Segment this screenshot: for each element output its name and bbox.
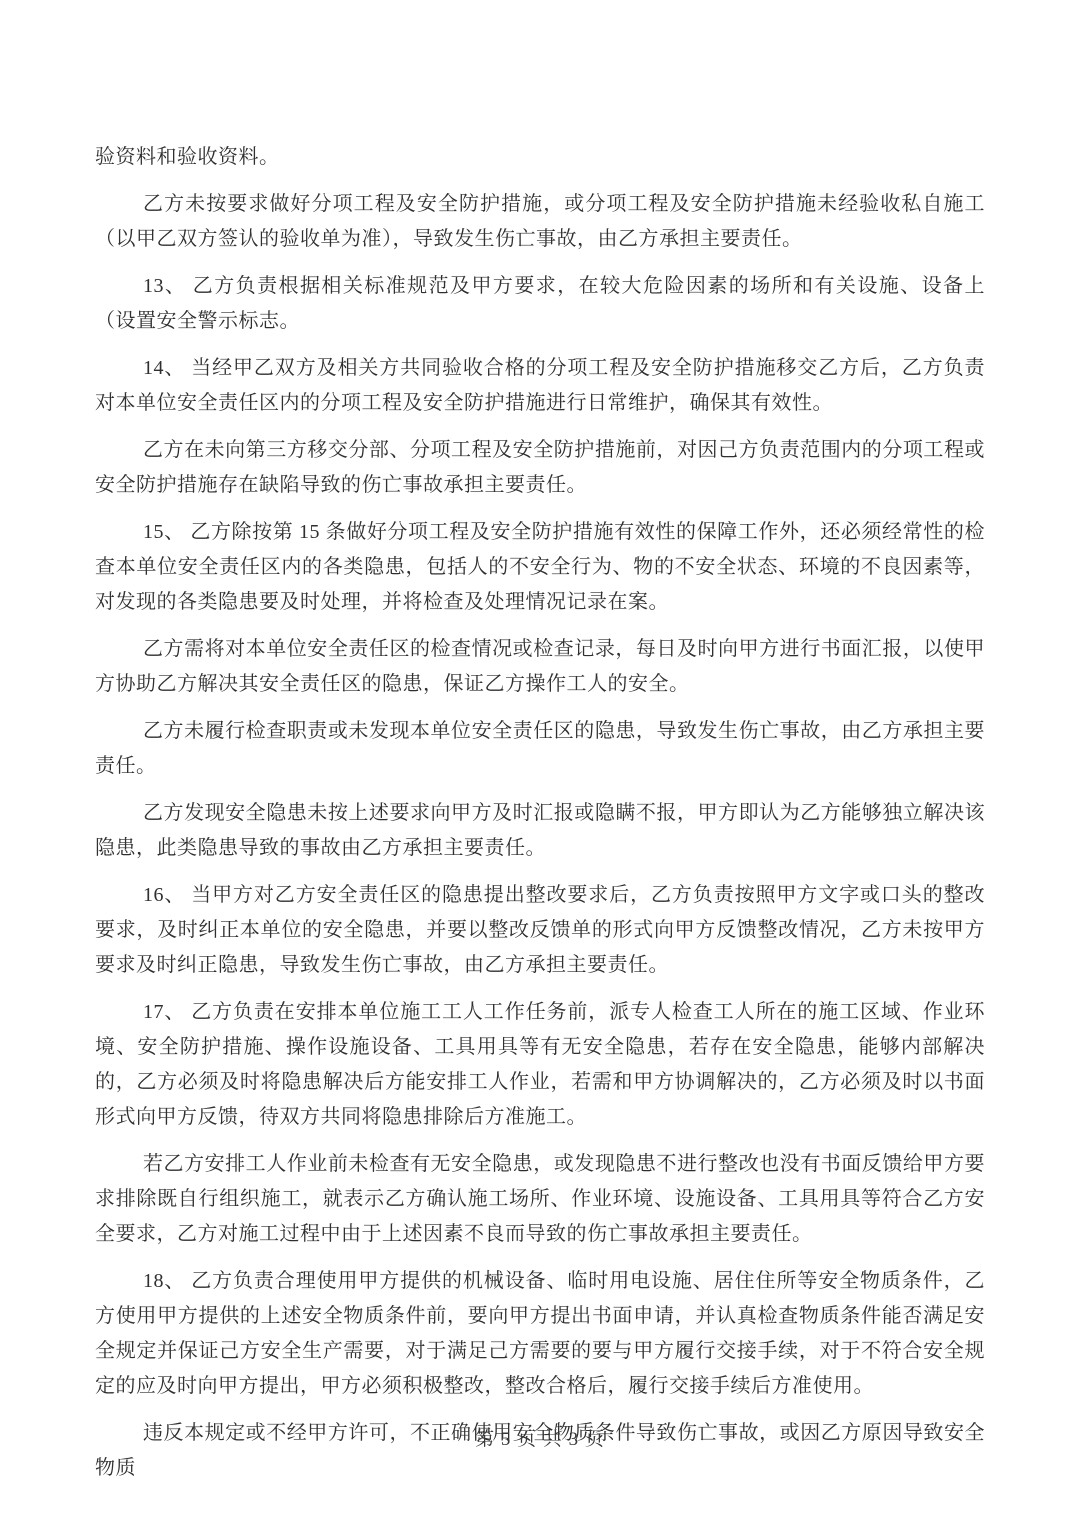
paragraph: 验资料和验收资料。: [95, 140, 985, 175]
paragraph-clause-15: 15、 乙方除按第 15 条做好分项工程及安全防护措施有效性的保障工作外，还必须…: [95, 515, 985, 620]
paragraph-clause-14: 14、 当经甲乙双方及相关方共同验收合格的分项工程及安全防护措施移交乙方后，乙方…: [95, 351, 985, 421]
paragraph-clause-16: 16、 当甲方对乙方安全责任区的隐患提出整改要求后，乙方负责按照甲方文字或口头的…: [95, 878, 985, 983]
document-page: 验资料和验收资料。 乙方未按要求做好分项工程及安全防护措施，或分项工程及安全防护…: [0, 0, 1080, 1526]
page-footer: 第 5 页 共 3 页: [0, 1424, 1080, 1451]
paragraph: 乙方发现安全隐患未按上述要求向甲方及时汇报或隐瞒不报，甲方即认为乙方能够独立解决…: [95, 796, 985, 866]
paragraph: 乙方未履行检查职责或未发现本单位安全责任区的隐患，导致发生伤亡事故，由乙方承担主…: [95, 714, 985, 784]
page-number: 第 5 页 共 3 页: [475, 1429, 605, 1450]
paragraph-clause-18: 18、 乙方负责合理使用甲方提供的机械设备、临时用电设施、居住住所等安全物质条件…: [95, 1264, 985, 1404]
paragraph-clause-13: 13、 乙方负责根据相关标准规范及甲方要求，在较大危险因素的场所和有关设施、设备…: [95, 269, 985, 339]
paragraph: 乙方在未向第三方移交分部、分项工程及安全防护措施前，对因己方负责范围内的分项工程…: [95, 433, 985, 503]
paragraph-clause-17: 17、 乙方负责在安排本单位施工工人工作任务前，派专人检查工人所在的施工区域、作…: [95, 995, 985, 1135]
paragraph: 乙方未按要求做好分项工程及安全防护措施，或分项工程及安全防护措施未经验收私自施工…: [95, 187, 985, 257]
paragraph: 若乙方安排工人作业前未检查有无安全隐患，或发现隐患不进行整改也没有书面反馈给甲方…: [95, 1147, 985, 1252]
contract-body: 验资料和验收资料。 乙方未按要求做好分项工程及安全防护措施，或分项工程及安全防护…: [95, 140, 985, 1498]
paragraph: 乙方需将对本单位安全责任区的检查情况或检查记录，每日及时向甲方进行书面汇报，以使…: [95, 632, 985, 702]
